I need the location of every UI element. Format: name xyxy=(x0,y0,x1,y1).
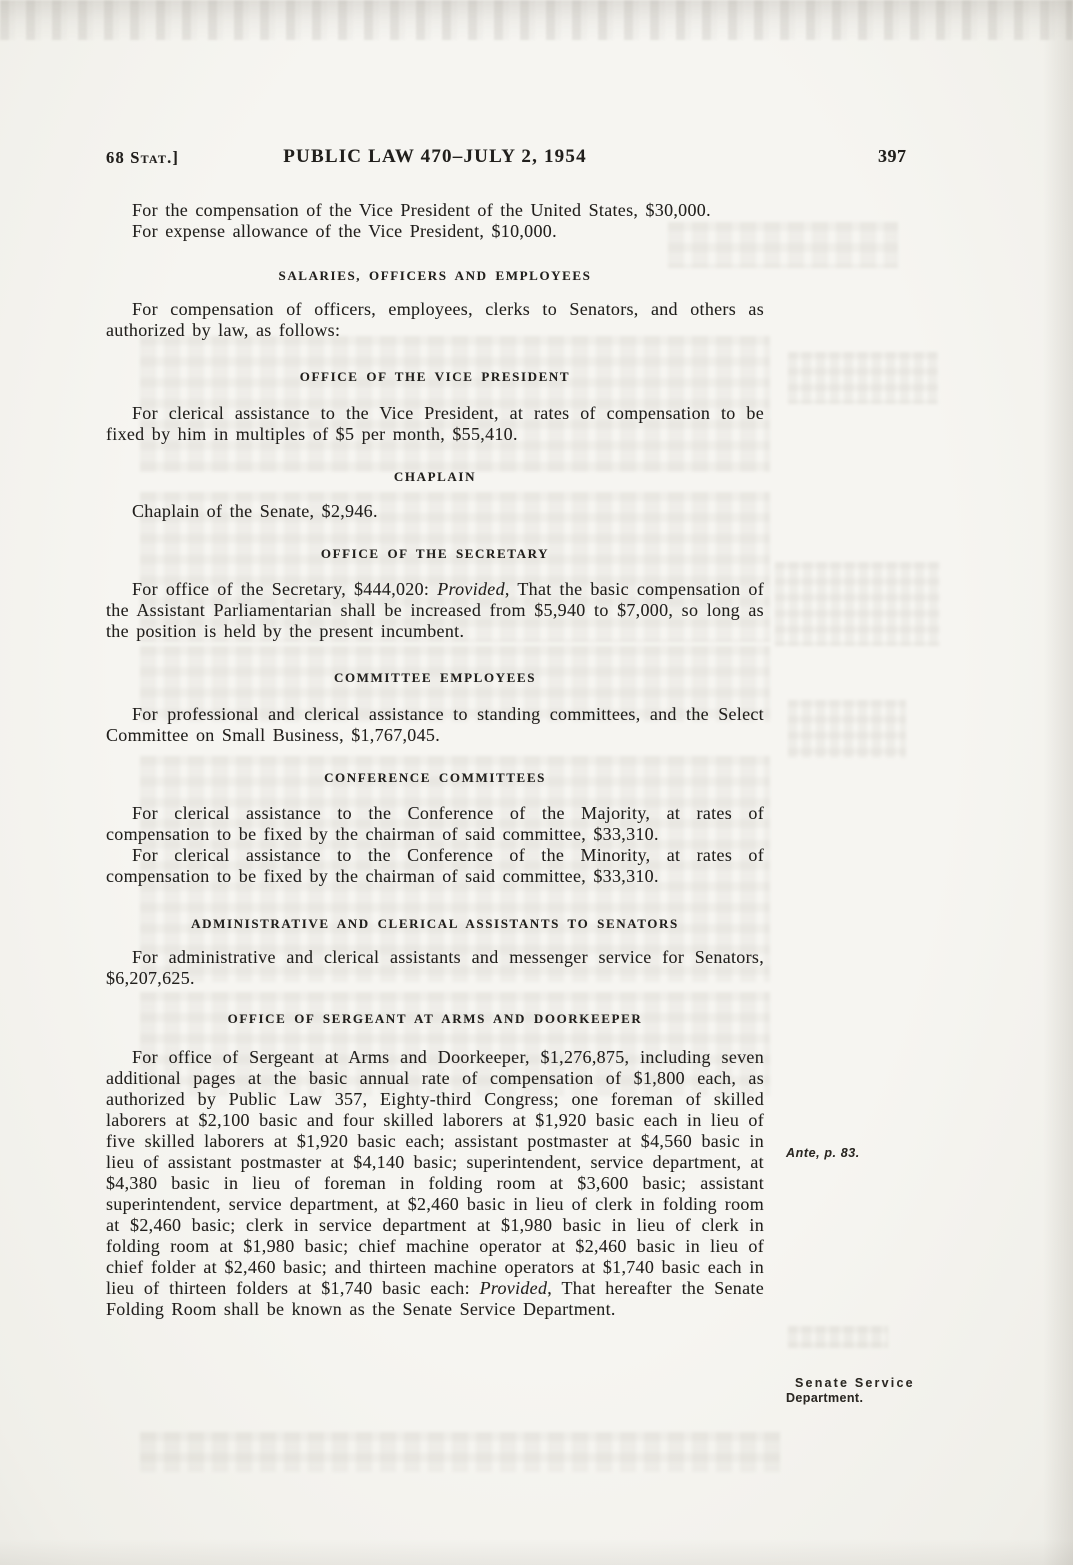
paragraph-salaries-intro: For compensation of officers, employees,… xyxy=(106,299,764,341)
paragraph-chaplain: Chaplain of the Senate, $2,946. xyxy=(106,501,764,522)
section-heading-committee-employees: COMMITTEE EMPLOYEES xyxy=(106,669,764,687)
margin-note-ante: Ante, p. 83. xyxy=(786,1146,936,1161)
running-title: PUBLIC LAW 470–JULY 2, 1954 xyxy=(106,146,764,168)
margin-note-text: Ante, p. 83. xyxy=(786,1146,860,1160)
margin-note-senate-service: Senate Service Department. xyxy=(786,1376,936,1406)
provided-clause: Provided xyxy=(480,1278,548,1298)
section-heading-sergeant-at-arms: OFFICE OF SERGEANT AT ARMS AND DOORKEEPE… xyxy=(106,1010,764,1028)
bleed-through-artifact xyxy=(140,1432,780,1472)
bleed-through-artifact xyxy=(788,352,938,404)
provided-clause: Provided xyxy=(437,579,505,599)
margin-note-text: Senate Service xyxy=(786,1376,936,1391)
bleed-through-artifact xyxy=(775,562,940,646)
section-heading-admin-assistants: ADMINISTRATIVE AND CLERICAL ASSISTANTS T… xyxy=(106,915,764,933)
section-heading-salaries: SALARIES, OFFICERS AND EMPLOYEES xyxy=(106,267,764,285)
paragraph-vp-compensation: For the compensation of the Vice Preside… xyxy=(106,200,764,221)
paragraph-sergeant-at-arms: For office of Sergeant at Arms and Doork… xyxy=(106,1047,764,1320)
section-heading-conference-committees: CONFERENCE COMMITTEES xyxy=(106,769,764,787)
text-column: For the compensation of the Vice Preside… xyxy=(106,196,764,1320)
scan-edge-top xyxy=(0,0,1073,40)
statute-page: 68 Stat.] PUBLIC LAW 470–JULY 2, 1954 39… xyxy=(0,0,1073,1565)
scan-edge-right xyxy=(1043,0,1073,1565)
bleed-through-artifact xyxy=(788,1326,888,1348)
page-number: 397 xyxy=(878,146,907,167)
running-head: 68 Stat.] PUBLIC LAW 470–JULY 2, 1954 xyxy=(106,146,764,172)
paragraph-admin-assistants: For administrative and clerical assistan… xyxy=(106,947,764,989)
paragraph-office-secretary: For office of the Secretary, $444,020: P… xyxy=(106,579,764,642)
bleed-through-artifact xyxy=(788,700,906,758)
section-heading-office-secretary: OFFICE OF THE SECRETARY xyxy=(106,545,764,563)
paragraph-committee-employees: For professional and clerical assistance… xyxy=(106,704,764,746)
section-heading-office-vp: OFFICE OF THE VICE PRESIDENT xyxy=(106,368,764,386)
paragraph-text: For office of the Secretary, $444,020: xyxy=(132,579,437,599)
paragraph-text: For office of Sergeant at Arms and Doork… xyxy=(106,1047,764,1298)
paragraph-vp-expense: For expense allowance of the Vice Presid… xyxy=(106,221,764,242)
section-heading-chaplain: CHAPLAIN xyxy=(106,468,764,486)
paragraph-office-vp: For clerical assistance to the Vice Pres… xyxy=(106,403,764,445)
margin-note-text: Department. xyxy=(786,1391,936,1406)
scan-edge-bottom xyxy=(0,1539,1073,1565)
paragraph-conference-minority: For clerical assistance to the Conferenc… xyxy=(106,845,764,887)
paragraph-conference-majority: For clerical assistance to the Conferenc… xyxy=(106,803,764,845)
